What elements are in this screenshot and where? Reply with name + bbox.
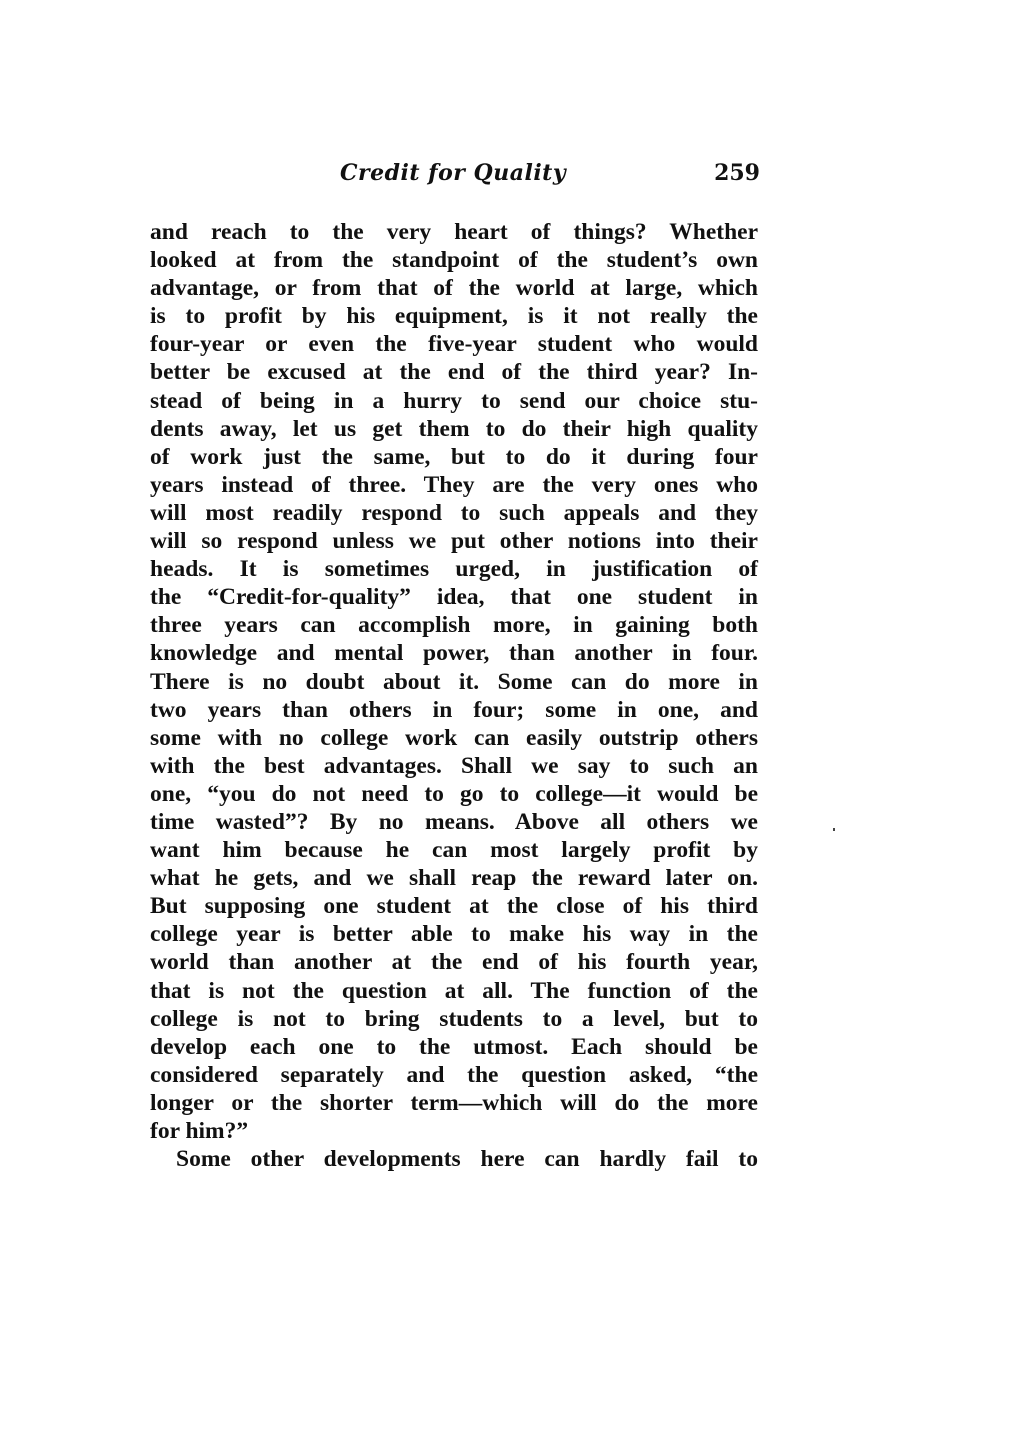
text-line: advantage, or from that of the world at … [150, 274, 758, 302]
text-line: one, “you do not need to go to college—i… [150, 780, 758, 808]
text-line: But supposing one student at the close o… [150, 892, 758, 920]
scan-speck [833, 828, 835, 831]
page-header: Credit for Quality 259 [150, 160, 760, 192]
text-line: dents away, let us get them to do their … [150, 415, 758, 443]
page-number: 259 [714, 160, 760, 186]
text-line: college year is better able to make his … [150, 920, 758, 948]
text-line: of work just the same, but to do it duri… [150, 443, 758, 471]
text-line: two years than others in four; some in o… [150, 696, 758, 724]
text-line: is to profit by his equipment, is it not… [150, 302, 758, 330]
text-line: some with no college work can easily out… [150, 724, 758, 752]
text-line: considered separately and the question a… [150, 1061, 758, 1089]
text-line: for him?” [150, 1117, 758, 1145]
text-line: longer or the shorter term—which will do… [150, 1089, 758, 1117]
body-text: and reach to the very heart of things? W… [150, 218, 758, 1173]
text-line: knowledge and mental power, than another… [150, 639, 758, 667]
text-line: heads. It is sometimes urged, in justifi… [150, 555, 758, 583]
text-line: will most readily respond to such appeal… [150, 499, 758, 527]
text-line: years instead of three. They are the ver… [150, 471, 758, 499]
book-page: Credit for Quality 259 and reach to the … [0, 0, 1010, 1454]
text-line: want him because he can most largely pro… [150, 836, 758, 864]
text-line: with the best advantages. Shall we say t… [150, 752, 758, 780]
text-line: time wasted”? By no means. Above all oth… [150, 808, 758, 836]
text-line: and reach to the very heart of things? W… [150, 218, 758, 246]
text-line: four-year or even the five-year student … [150, 330, 758, 358]
text-line: develop each one to the utmost. Each sho… [150, 1033, 758, 1061]
text-line: stead of being in a hurry to send our ch… [150, 387, 758, 415]
running-title: Credit for Quality [340, 160, 566, 186]
text-line: three years can accomplish more, in gain… [150, 611, 758, 639]
text-line: There is no doubt about it. Some can do … [150, 668, 758, 696]
text-line: better be excused at the end of the thir… [150, 358, 758, 386]
text-line: will so respond unless we put other noti… [150, 527, 758, 555]
paragraph-start-line: Some other developments here can hardly … [150, 1145, 758, 1173]
text-line: the “Credit-for-quality” idea, that one … [150, 583, 758, 611]
text-line: that is not the question at all. The fun… [150, 977, 758, 1005]
text-line: looked at from the standpoint of the stu… [150, 246, 758, 274]
text-line: what he gets, and we shall reap the rewa… [150, 864, 758, 892]
text-line: world than another at the end of his fou… [150, 948, 758, 976]
text-line: college is not to bring students to a le… [150, 1005, 758, 1033]
